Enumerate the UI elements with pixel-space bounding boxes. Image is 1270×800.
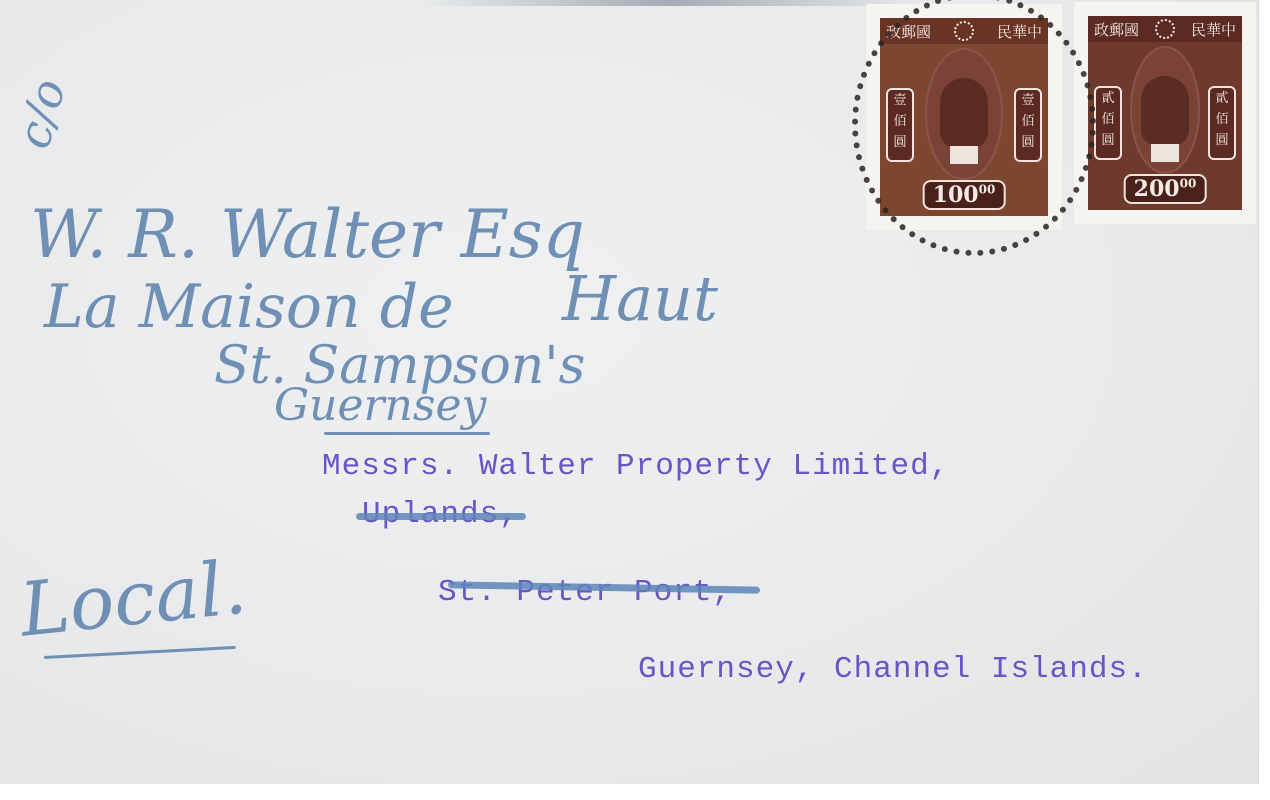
handwritten-line-4: Guernsey [274, 380, 486, 431]
portrait-icon [1141, 76, 1189, 146]
care-of-label: c/o [6, 73, 76, 154]
typed-line-3-struck: St. Peter Port [438, 575, 712, 610]
typed-line-1: Messrs. Walter Property Limited, [322, 449, 949, 484]
typed-line-3: St. Peter Port, [438, 575, 732, 610]
envelope: 政郵國 民華中 壹佰圓 壹佰圓 10000 政郵國 民華中 貳佰圓 貳佰圓 2 [0, 0, 1259, 784]
stamp-value: 20000 [1124, 174, 1207, 204]
handwritten-line-2: La Maison de [44, 272, 454, 342]
stamp-side-text-left: 貳佰圓 [1094, 86, 1122, 160]
handwritten-line-1: W. R. Walter Esq [30, 196, 585, 273]
postmark-circle [852, 0, 1096, 256]
guernsey-underline [324, 432, 490, 435]
envelope-flap-edge [420, 0, 920, 6]
stamp-side-text-right: 貳佰圓 [1208, 86, 1236, 160]
strikethrough-uplands [356, 513, 526, 520]
local-annotation: Local. [16, 544, 250, 653]
stamp-200: 政郵國 民華中 貳佰圓 貳佰圓 20000 [1074, 2, 1256, 224]
sun-emblem-icon [1155, 19, 1175, 39]
handwritten-line-2-addendum: Haut [562, 262, 718, 335]
typed-line-4: Guernsey, Channel Islands. [638, 652, 1148, 687]
